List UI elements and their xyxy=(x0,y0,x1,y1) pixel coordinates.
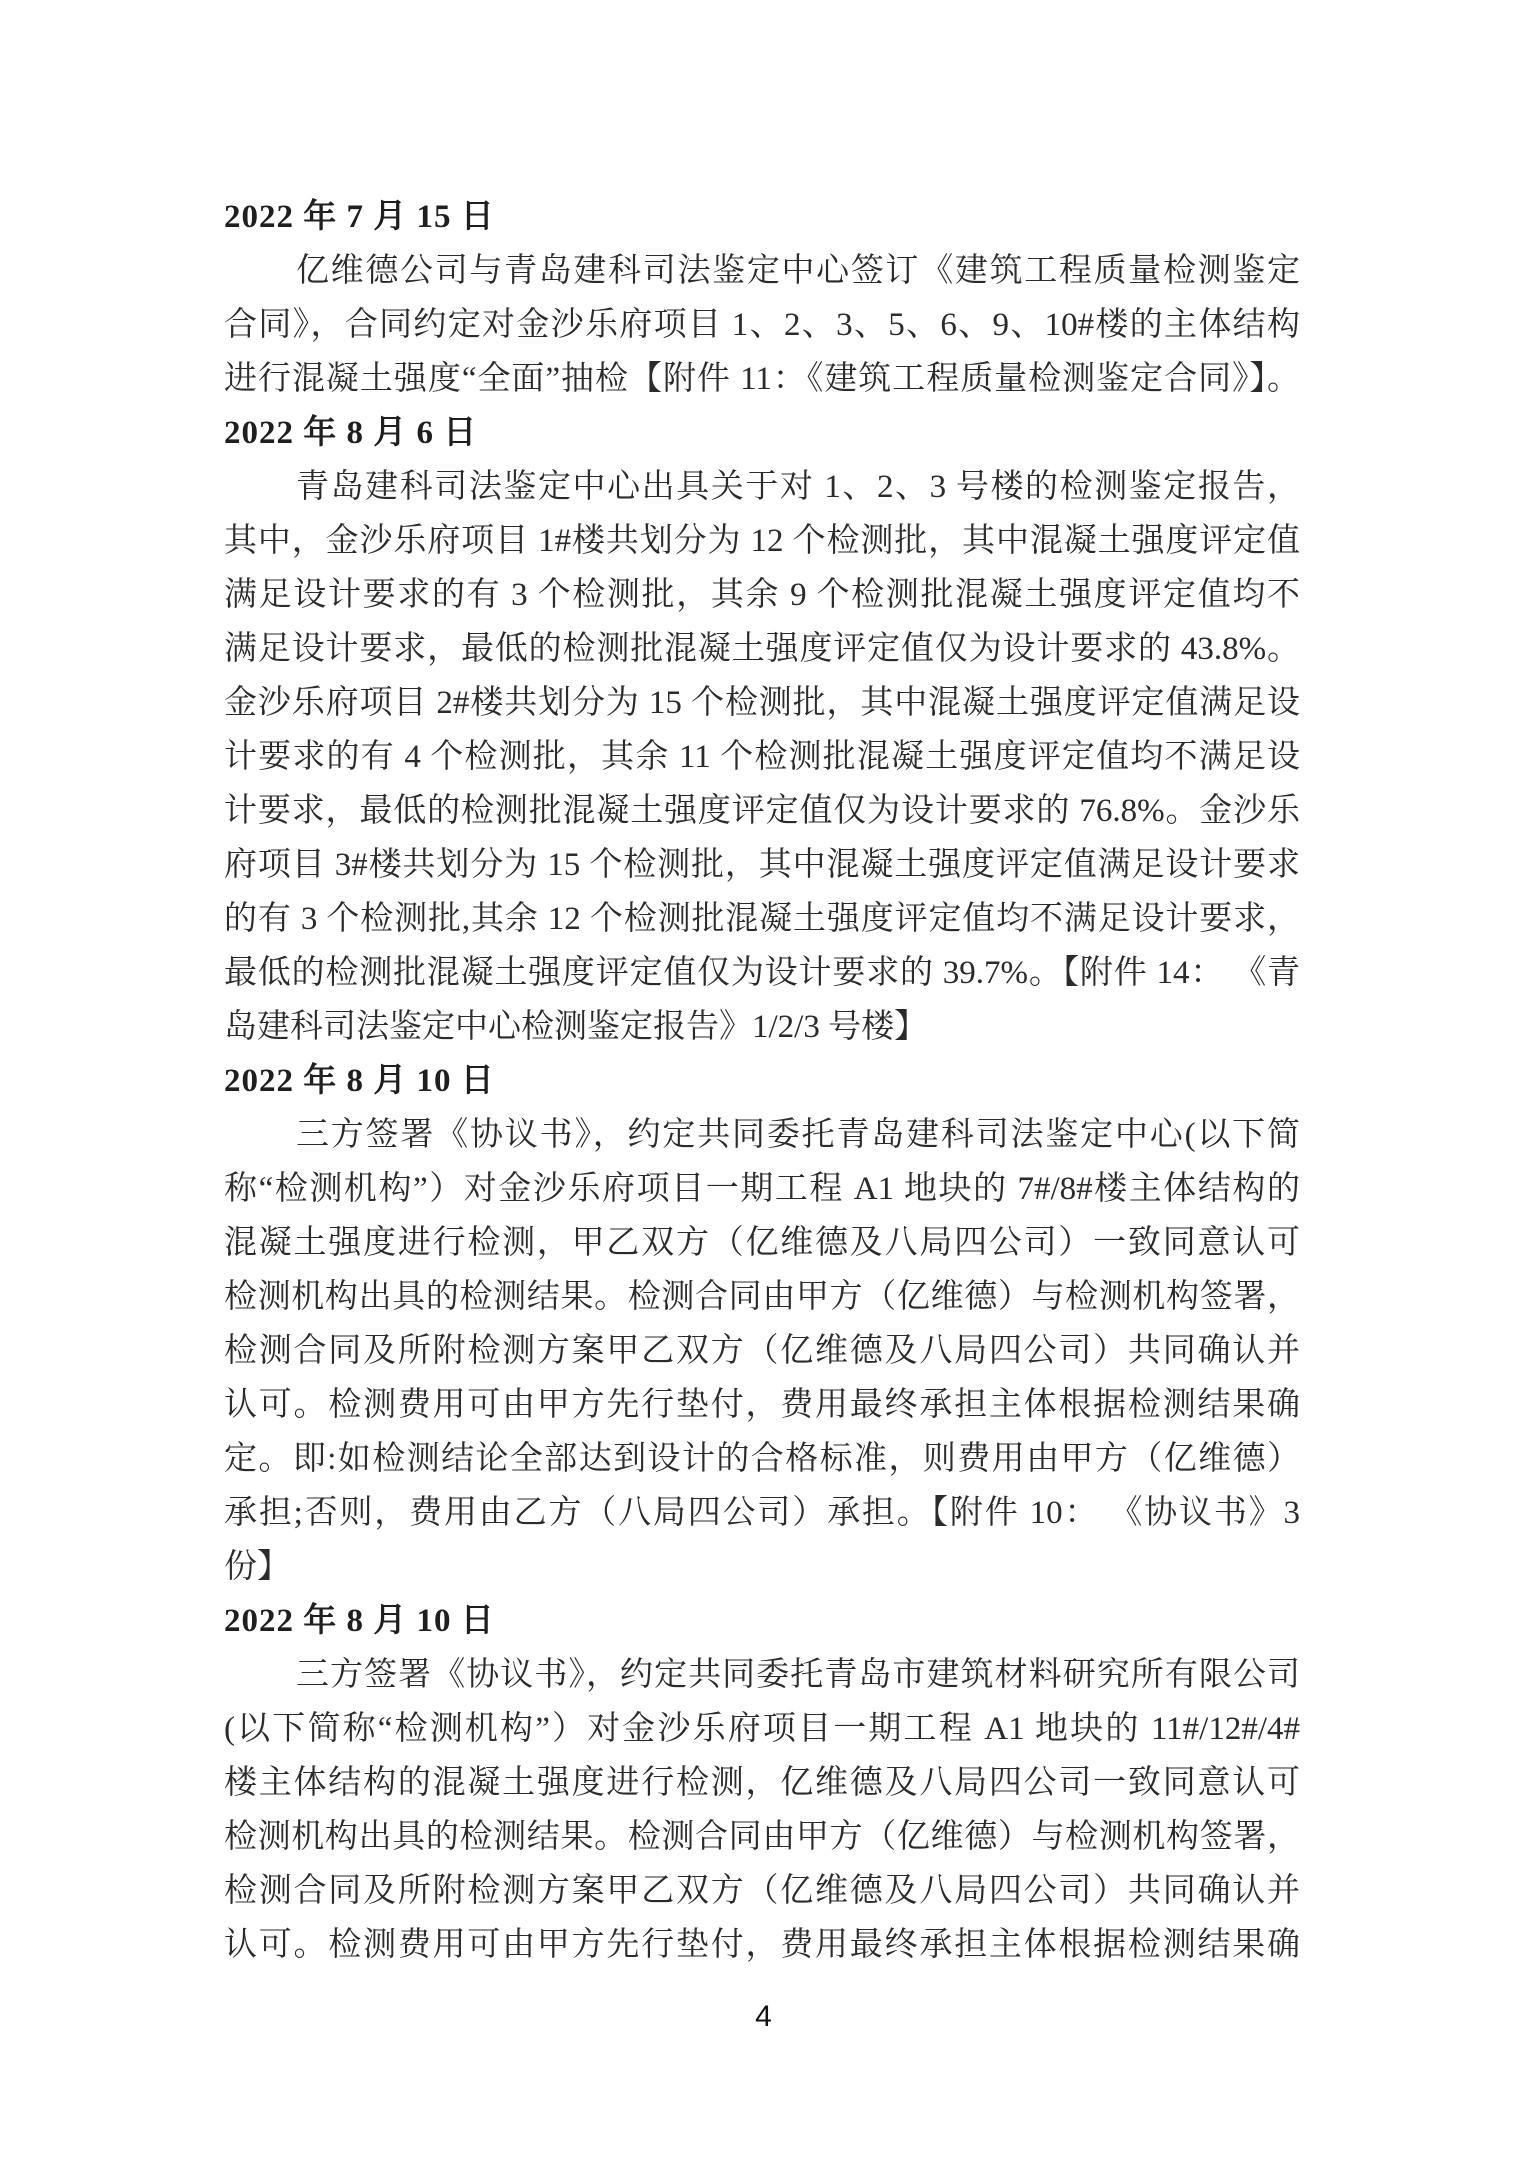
text-line: 认可。检测费用可由甲方先行垫付，费用最终承担主体根据检测结果确 xyxy=(224,1918,1300,1972)
text-line: 检测机构出具的检测结果。检测合同由甲方（亿维德）与检测机构签署， xyxy=(224,1810,1300,1864)
text-line: 份】 xyxy=(224,1540,1300,1594)
text-line: 青岛建科司法鉴定中心出具关于对 1、2、3 号楼的检测鉴定报告， xyxy=(224,460,1300,514)
text-line: 金沙乐府项目 2#楼共划分为 15 个检测批，其中混凝土强度评定值满足设 xyxy=(224,676,1300,730)
text-line: 三方签署《协议书》，约定共同委托青岛市建筑材料研究所有限公司 xyxy=(224,1648,1300,1702)
text-line: 计要求的有 4 个检测批，其余 11 个检测批混凝土强度评定值均不满足设 xyxy=(224,730,1300,784)
text-line: 检测合同及所附检测方案甲乙双方（亿维德及八局四公司）共同确认并 xyxy=(224,1864,1300,1918)
date-heading: 2022 年 8 月 6 日 xyxy=(224,406,1300,460)
text-line: 最低的检测批混凝土强度评定值仅为设计要求的 39.7%。【附件 14： 《青 xyxy=(224,946,1300,1000)
date-heading: 2022 年 8 月 10 日 xyxy=(224,1594,1300,1648)
document-body: 2022 年 7 月 15 日亿维德公司与青岛建科司法鉴定中心签订《建筑工程质量… xyxy=(224,190,1300,1972)
text-line: 承担;否则，费用由乙方（八局四公司）承担。【附件 10： 《协议书》3 xyxy=(224,1486,1300,1540)
text-line: 检测机构出具的检测结果。检测合同由甲方（亿维德）与检测机构签署， xyxy=(224,1270,1300,1324)
date-heading: 2022 年 8 月 10 日 xyxy=(224,1054,1300,1108)
text-line: 混凝土强度进行检测，甲乙双方（亿维德及八局四公司）一致同意认可 xyxy=(224,1216,1300,1270)
text-line: 满足设计要求的有 3 个检测批，其余 9 个检测批混凝土强度评定值均不 xyxy=(224,568,1300,622)
text-line: 满足设计要求，最低的检测批混凝土强度评定值仅为设计要求的 43.8%。 xyxy=(224,622,1300,676)
page-number: 4 xyxy=(0,2000,1527,2034)
text-line: 称“检测机构”）对金沙乐府项目一期工程 A1 地块的 7#/8#楼主体结构的 xyxy=(224,1162,1300,1216)
text-line: 亿维德公司与青岛建科司法鉴定中心签订《建筑工程质量检测鉴定 xyxy=(224,244,1300,298)
text-line: 府项目 3#楼共划分为 15 个检测批，其中混凝土强度评定值满足设计要求 xyxy=(224,838,1300,892)
text-line: 定。即:如检测结论全部达到设计的合格标准，则费用由甲方（亿维德） xyxy=(224,1432,1300,1486)
text-line: 的有 3 个检测批,其余 12 个检测批混凝土强度评定值均不满足设计要求， xyxy=(224,892,1300,946)
document-page: 2022 年 7 月 15 日亿维德公司与青岛建科司法鉴定中心签订《建筑工程质量… xyxy=(0,0,1527,2160)
text-line: 合同》，合同约定对金沙乐府项目 1、2、3、5、6、9、10#楼的主体结构 xyxy=(224,298,1300,352)
text-line: 认可。检测费用可由甲方先行垫付，费用最终承担主体根据检测结果确 xyxy=(224,1378,1300,1432)
date-heading: 2022 年 7 月 15 日 xyxy=(224,190,1300,244)
text-line: 其中，金沙乐府项目 1#楼共划分为 12 个检测批，其中混凝土强度评定值 xyxy=(224,514,1300,568)
text-line: (以下简称“检测机构”）对金沙乐府项目一期工程 A1 地块的 11#/12#/4… xyxy=(224,1702,1300,1756)
text-line: 计要求，最低的检测批混凝土强度评定值仅为设计要求的 76.8%。金沙乐 xyxy=(224,784,1300,838)
text-line: 检测合同及所附检测方案甲乙双方（亿维德及八局四公司）共同确认并 xyxy=(224,1324,1300,1378)
text-line: 岛建科司法鉴定中心检测鉴定报告》1/2/3 号楼】 xyxy=(224,1000,1300,1054)
text-line: 三方签署《协议书》，约定共同委托青岛建科司法鉴定中心(以下简 xyxy=(224,1108,1300,1162)
text-line: 楼主体结构的混凝土强度进行检测，亿维德及八局四公司一致同意认可 xyxy=(224,1756,1300,1810)
text-line: 进行混凝土强度“全面”抽检【附件 11：《建筑工程质量检测鉴定合同》】。 xyxy=(224,352,1300,406)
